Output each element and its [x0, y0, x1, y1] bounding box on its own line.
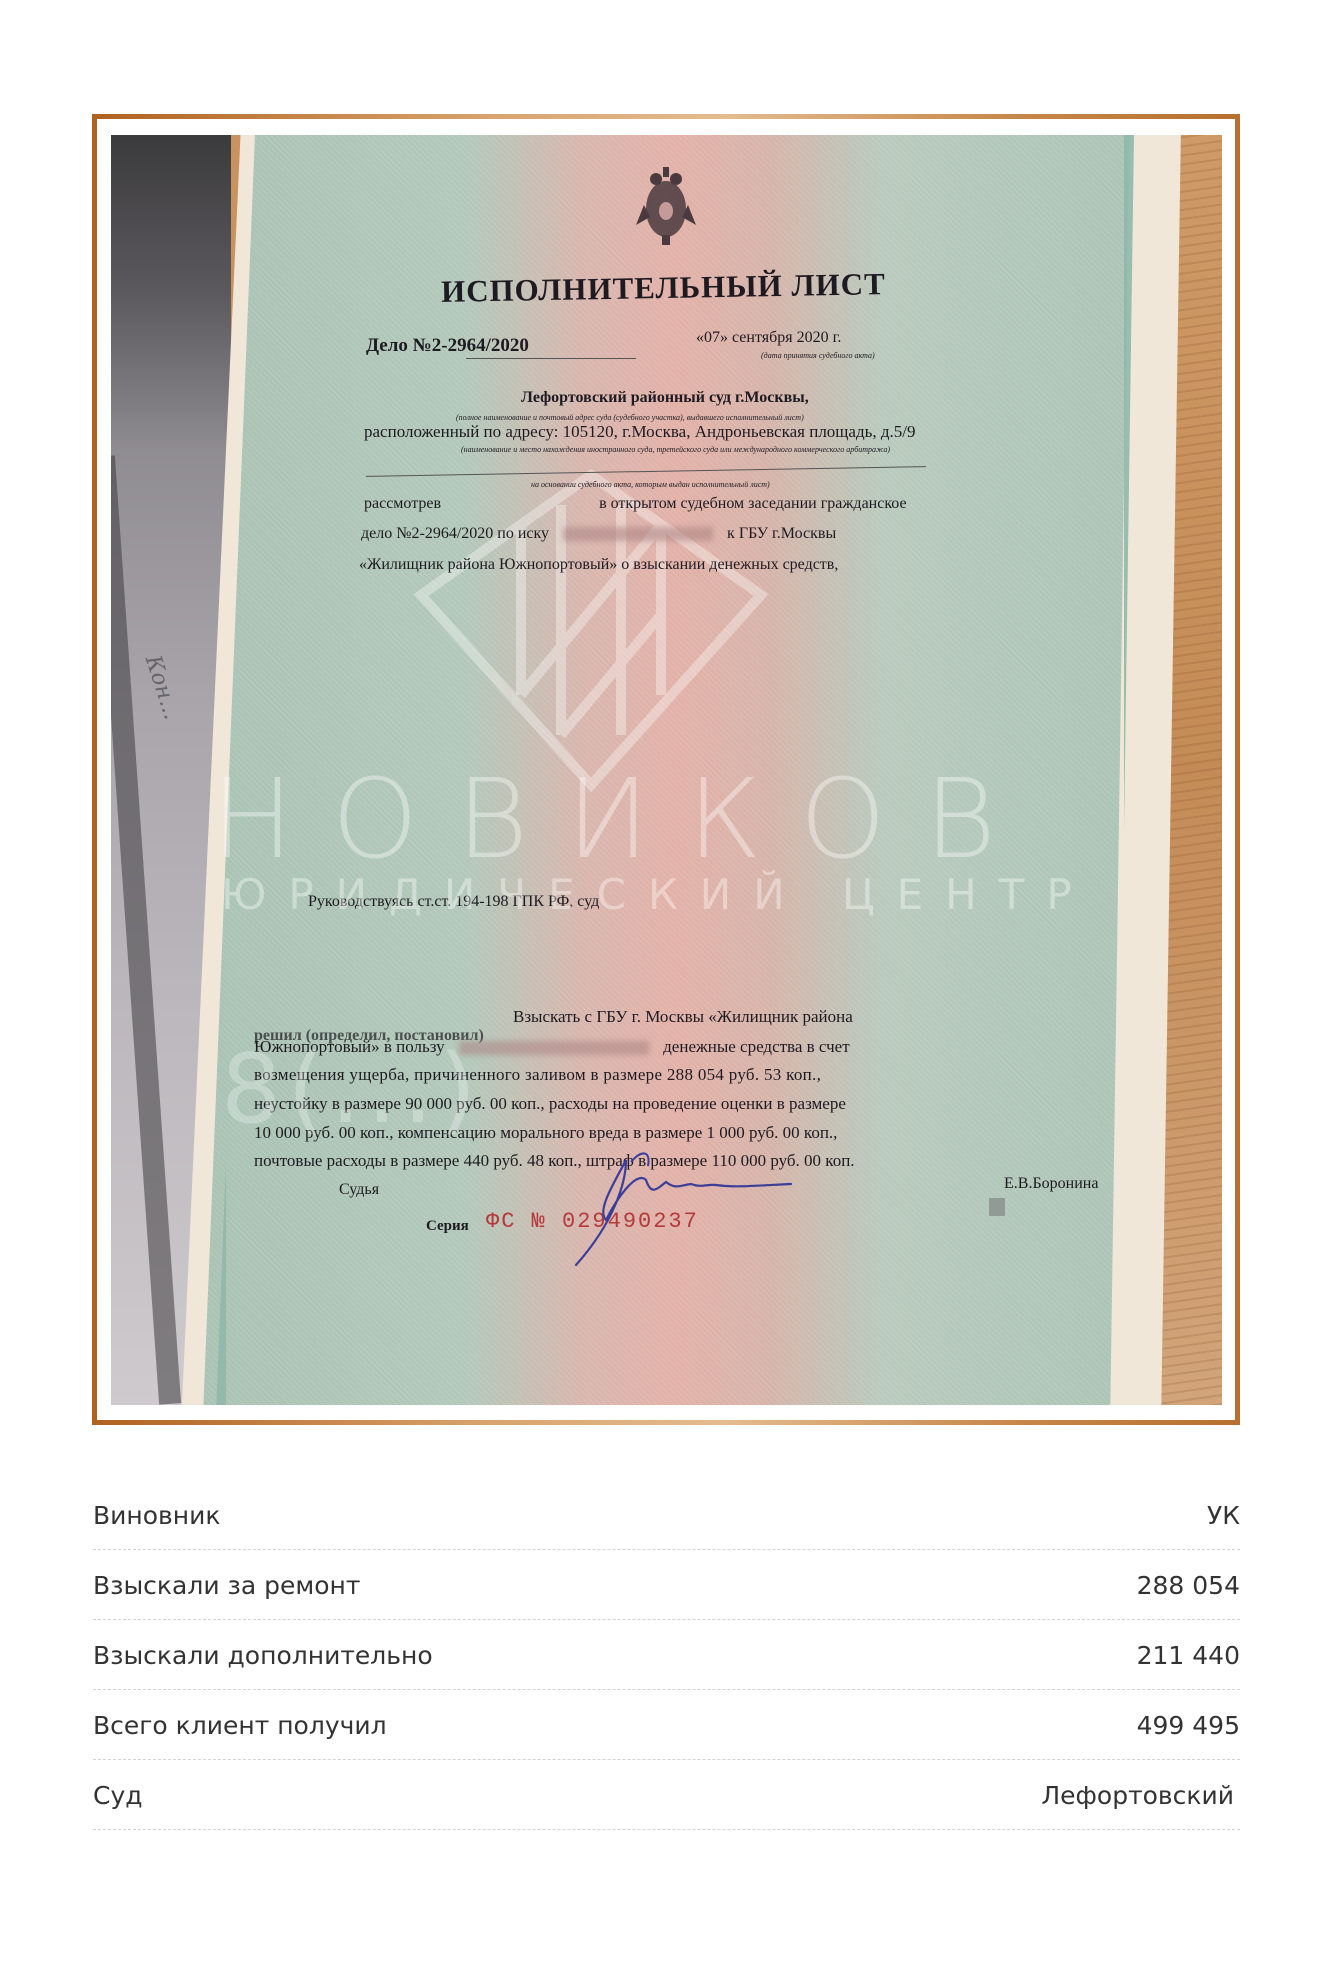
writ-title: ИСПОЛНИТЕЛЬНЫЙ ЛИСТ [441, 266, 886, 310]
court-address: расположенный по адресу: 105120, г.Москв… [364, 422, 915, 442]
body-line-2: дело №2-2964/2020 по иску к ГБУ г.Москвы [361, 525, 836, 543]
row-value: Лефортовский [1041, 1781, 1240, 1810]
body-line-1: рассмотрев в открытом судебном заседании… [364, 495, 907, 513]
document-photo: Кон... [111, 135, 1222, 1405]
case-summary-table: Виновник УК Взыскали за ремонт 288 054 В… [93, 1480, 1240, 1830]
writ-text: ИСПОЛНИТЕЛЬНЫЙ ЛИСТ Дело №2-2964/2020 «0… [111, 135, 1222, 1405]
row-label: Суд [93, 1781, 143, 1810]
row-value: 211 440 [1137, 1641, 1240, 1670]
body-line-3: «Жилищник района Южнопортовый» о взыскан… [359, 556, 838, 574]
judge-label: Судья [339, 1181, 379, 1199]
guided-by-line: Руководствуясь ст.ст. 194-198 ГПК РФ, су… [308, 893, 599, 911]
court-caption: (полное наименование и почтовый адрес су… [456, 413, 804, 422]
decision-line-2: Южнопортовый» в пользу денежные средства… [254, 1037, 850, 1057]
case-number: Дело №2-2964/2020 [366, 335, 529, 357]
table-row-total-received: Всего клиент получил 499 495 [93, 1690, 1240, 1760]
series-label: Серия [426, 1218, 469, 1235]
row-label: Всего клиент получил [93, 1711, 387, 1740]
table-row-court: Суд Лефортовский [93, 1760, 1240, 1830]
photo-frame: Кон... [92, 114, 1240, 1425]
corner-mark [989, 1198, 1005, 1216]
redacted-beneficiary-name [459, 1041, 649, 1055]
row-value: УК [1207, 1501, 1240, 1530]
decision-line-1: Взыскать с ГБУ г. Москвы «Жилищник район… [513, 1007, 853, 1027]
decision-line-4: неустойку в размере 90 000 руб. 00 коп.,… [254, 1094, 846, 1114]
row-label: Взыскали дополнительно [93, 1641, 433, 1670]
table-row-additional-recovered: Взыскали дополнительно 211 440 [93, 1620, 1240, 1690]
court-name: Лефортовский районный суд г.Москвы, [521, 389, 809, 407]
table-row-culprit: Виновник УК [93, 1480, 1240, 1550]
table-row-repair-recovered: Взыскали за ремонт 288 054 [93, 1550, 1240, 1620]
judge-name: Е.В.Боронина [1004, 1175, 1098, 1193]
coat-of-arms-icon [636, 165, 696, 247]
act-date-caption: (дата принятия судебного акта) [761, 351, 875, 360]
photo-frame-inner: Кон... [97, 119, 1235, 1420]
row-label: Виновник [93, 1501, 220, 1530]
row-value: 499 495 [1137, 1711, 1240, 1740]
decision-line-3: возмещения ущерба, причиненного заливом … [254, 1065, 821, 1085]
row-label: Взыскали за ремонт [93, 1571, 360, 1600]
signature-icon [556, 1140, 796, 1270]
act-caption: на основании судебного акта, которым выд… [531, 480, 770, 489]
act-date: «07» сентября 2020 г. [696, 329, 841, 347]
address-caption: (наименование и место нахождения иностра… [461, 445, 890, 454]
redacted-plaintiff-name [563, 527, 713, 541]
row-value: 288 054 [1137, 1571, 1240, 1600]
